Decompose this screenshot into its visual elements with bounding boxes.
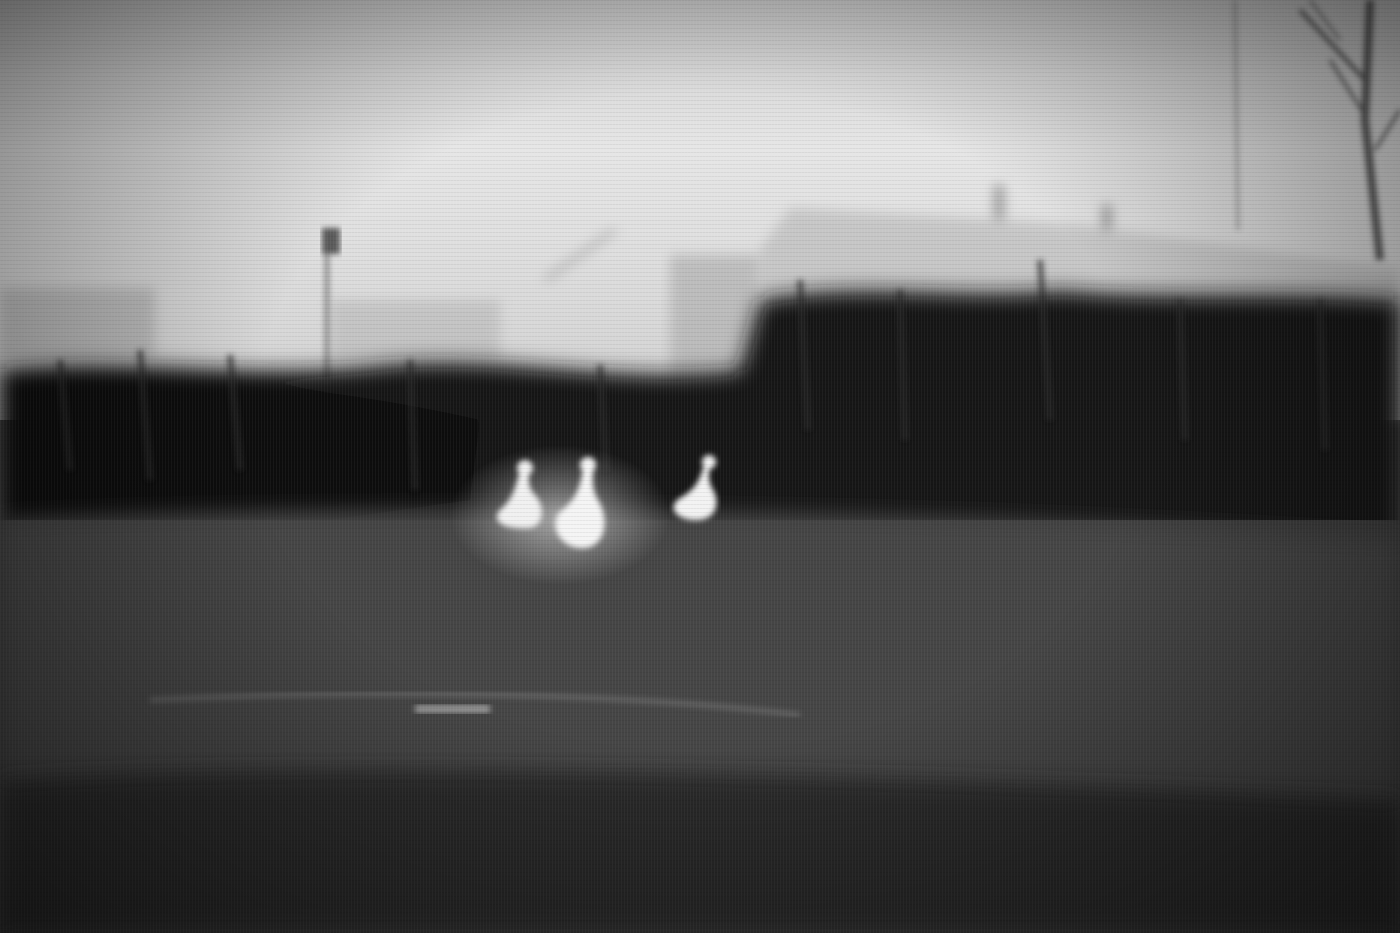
scene [0,0,1400,933]
distant-buildings-left [0,230,615,360]
bare-tree [1235,0,1400,260]
light-streak [415,705,490,713]
photograph: Blurry black-and-white photograph of thr… [0,0,1400,933]
